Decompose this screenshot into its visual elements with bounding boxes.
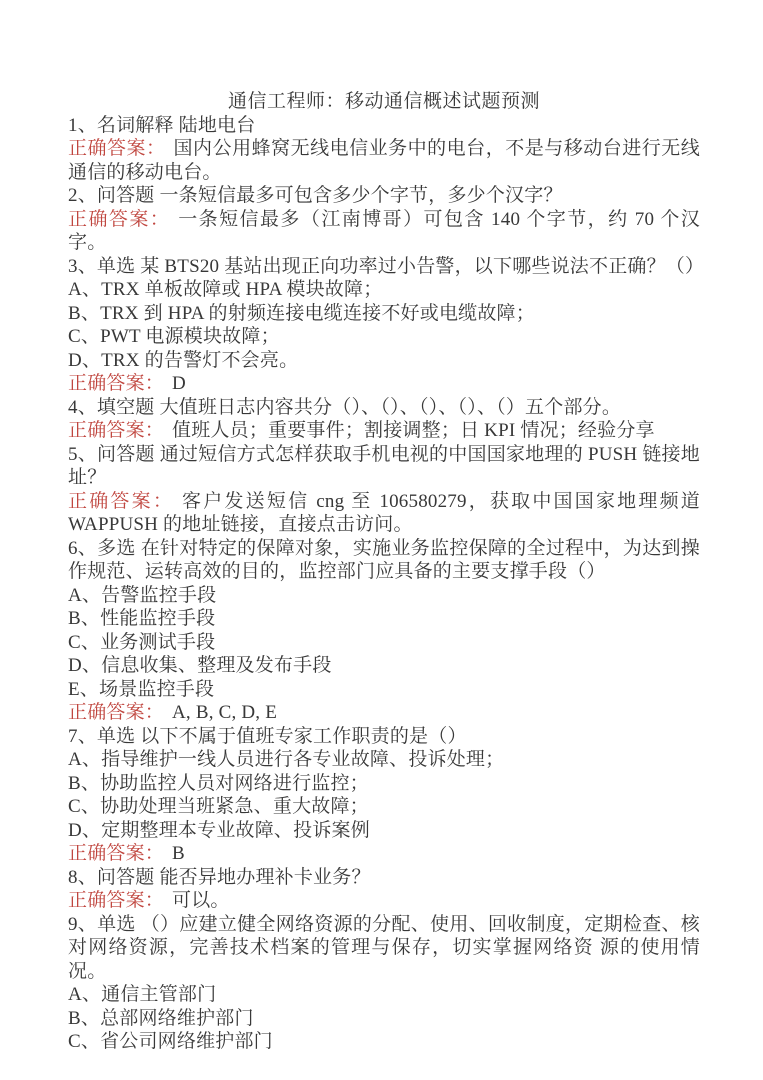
option-line: E、场景监控手段 bbox=[68, 678, 700, 702]
answer-label: 正确答案： bbox=[68, 843, 164, 864]
document-page: 通信工程师：移动通信概述试题预测 1、名词解释 陆地电台正确答案：国内公用蜂窝无… bbox=[0, 0, 763, 1080]
answer-text: 可以。 bbox=[172, 890, 230, 911]
question-line: 1、名词解释 陆地电台 bbox=[68, 114, 700, 138]
question-line: 3、单选 某 BTS20 基站出现正向功率过小告警，以下哪些说法不正确？（） bbox=[68, 255, 700, 279]
answer-line: 正确答案：D bbox=[68, 372, 700, 396]
answer-label: 正确答案： bbox=[68, 209, 170, 230]
option-line: B、性能监控手段 bbox=[68, 607, 700, 631]
option-line: C、PWT 电源模块故障； bbox=[68, 325, 700, 349]
option-line: A、TRX 单板故障或 HPA 模块故障； bbox=[68, 278, 700, 302]
answer-label: 正确答案： bbox=[68, 373, 164, 394]
answer-label: 正确答案： bbox=[68, 138, 166, 159]
answer-line: 正确答案：B bbox=[68, 842, 700, 866]
answer-text: 值班人员；重要事件；割接调整；日 KPI 情况；经验分享 bbox=[172, 420, 655, 441]
answer-text: D bbox=[172, 373, 186, 394]
question-line: 9、单选 （）应建立健全网络资源的分配、使用、回收制度，定期检查、核对网络资源，… bbox=[68, 913, 700, 984]
answer-label: 正确答案： bbox=[68, 491, 174, 512]
answer-line: 正确答案：值班人员；重要事件；割接调整；日 KPI 情况；经验分享 bbox=[68, 419, 700, 443]
answer-text: B bbox=[172, 843, 185, 864]
answer-line: 正确答案：国内公用蜂窝无线电信业务中的电台，不是与移动台进行无线通信的移动电台。 bbox=[68, 137, 700, 184]
option-line: C、省公司网络维护部门 bbox=[68, 1030, 700, 1054]
question-line: 6、多选 在针对特定的保障对象，实施业务监控保障的全过程中，为达到操作规范、运转… bbox=[68, 537, 700, 584]
option-line: D、信息收集、整理及发布手段 bbox=[68, 654, 700, 678]
answer-line: 正确答案：一条短信最多（江南博哥）可包含 140 个字节，约 70 个汉字。 bbox=[68, 208, 700, 255]
document-title: 通信工程师：移动通信概述试题预测 bbox=[68, 90, 700, 114]
option-line: A、通信主管部门 bbox=[68, 983, 700, 1007]
answer-line: 正确答案：客户发送短信 cng 至 106580279，获取中国国家地理频道 W… bbox=[68, 490, 700, 537]
question-line: 4、填空题 大值班日志内容共分（）、（）、（）、（）、（）五个部分。 bbox=[68, 396, 700, 420]
option-line: A、指导维护一线人员进行各专业故障、投诉处理； bbox=[68, 748, 700, 772]
question-line: 2、问答题 一条短信最多可包含多少个字节，多少个汉字？ bbox=[68, 184, 700, 208]
question-list: 1、名词解释 陆地电台正确答案：国内公用蜂窝无线电信业务中的电台，不是与移动台进… bbox=[68, 114, 700, 1054]
answer-label: 正确答案： bbox=[68, 890, 164, 911]
option-line: D、TRX 的告警灯不会亮。 bbox=[68, 349, 700, 373]
option-line: C、业务测试手段 bbox=[68, 631, 700, 655]
question-line: 7、单选 以下不属于值班专家工作职责的是（） bbox=[68, 725, 700, 749]
answer-text: A, B, C, D, E bbox=[172, 702, 277, 723]
answer-line: 正确答案：A, B, C, D, E bbox=[68, 701, 700, 725]
answer-line: 正确答案：可以。 bbox=[68, 889, 700, 913]
question-line: 5、问答题 通过短信方式怎样获取手机电视的中国国家地理的 PUSH 链接地址？ bbox=[68, 443, 700, 490]
option-line: B、协助监控人员对网络进行监控； bbox=[68, 772, 700, 796]
question-line: 8、问答题 能否异地办理补卡业务？ bbox=[68, 866, 700, 890]
answer-label: 正确答案： bbox=[68, 420, 164, 441]
option-line: D、定期整理本专业故障、投诉案例 bbox=[68, 819, 700, 843]
option-line: C、协助处理当班紧急、重大故障； bbox=[68, 795, 700, 819]
document-content: 通信工程师：移动通信概述试题预测 1、名词解释 陆地电台正确答案：国内公用蜂窝无… bbox=[68, 90, 700, 1054]
option-line: B、总部网络维护部门 bbox=[68, 1007, 700, 1031]
answer-label: 正确答案： bbox=[68, 702, 164, 723]
option-line: A、告警监控手段 bbox=[68, 584, 700, 608]
option-line: B、TRX 到 HPA 的射频连接电缆连接不好或电缆故障； bbox=[68, 302, 700, 326]
